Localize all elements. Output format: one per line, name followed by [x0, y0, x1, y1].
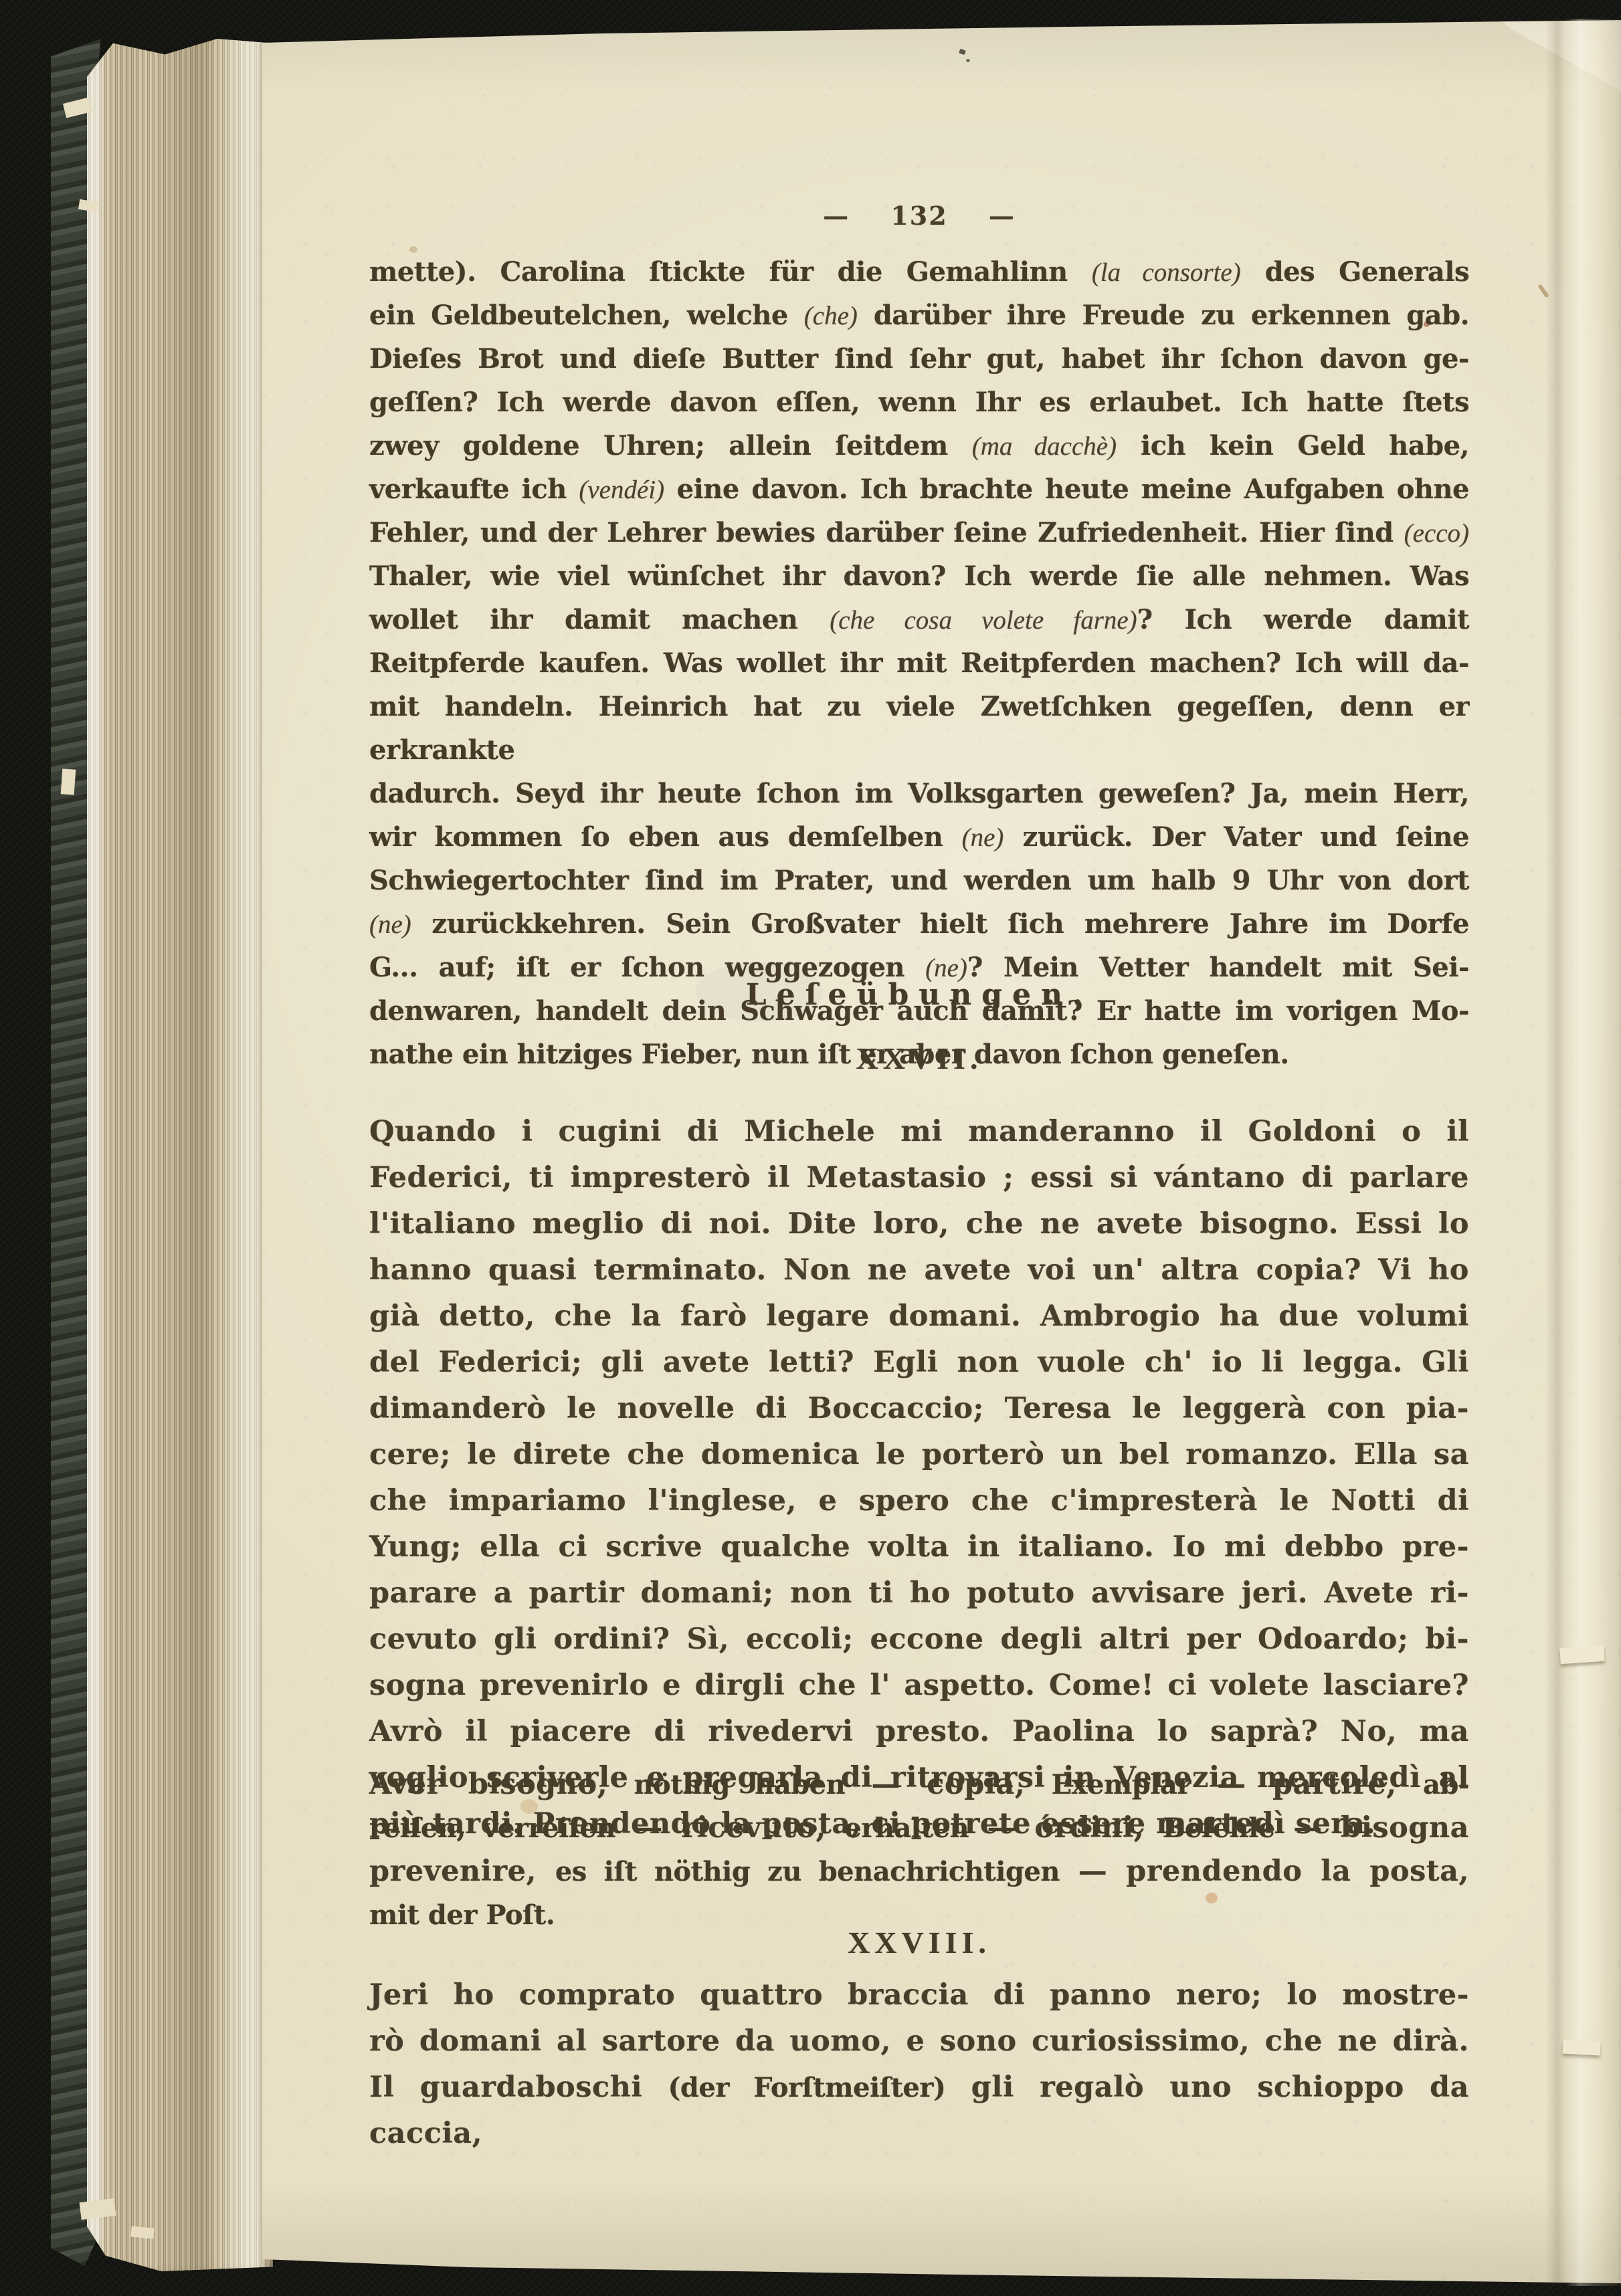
text-line: Dieſes Brot und dieſe Butter ſind ſehr g…: [369, 340, 1469, 383]
text-line: mit handeln. Heinrich hat zu viele Zwetſ…: [369, 688, 1469, 774]
text-segment: —: [615, 1811, 681, 1845]
vocabulary-notes: Aver bisogno, nöthig haben — copia, Exem…: [369, 1766, 1469, 1940]
text-segment: Thaler, wie viel wünſchet ihr davon? Ich…: [369, 560, 1469, 592]
text-segment: bisogna: [1341, 1811, 1469, 1845]
text-line: già detto, che la farò legare domani. Am…: [369, 1296, 1469, 1342]
text-segment: dadurch. Seyd ihr heute ſchon im Volksga…: [369, 778, 1469, 809]
text-segment: Il guardaboschi: [369, 2071, 668, 2104]
text-segment: —: [845, 1768, 927, 1801]
text-segment: Exemplar: [1052, 1769, 1191, 1800]
text-segment: Yung; ella ci scrive qualche volta in it…: [369, 1530, 1469, 1564]
text-segment: —: [1275, 1811, 1341, 1845]
text-segment: —: [969, 1811, 1034, 1845]
text-segment: sogna prevenirlo e dirgli che l' aspetto…: [369, 1669, 1469, 1702]
text-line: Jeri ho comprato quattro braccia di pann…: [369, 1975, 1469, 2021]
text-segment: già detto, che la farò legare domani. Am…: [369, 1299, 1469, 1333]
italian-exercise-xxviii: Jeri ho comprato quattro braccia di pann…: [369, 1975, 1469, 2160]
text-line: sogna prevenirlo e dirgli che l' aspetto…: [369, 1665, 1469, 1711]
text-segment: del Federici; gli avete letti? Egli non …: [369, 1346, 1469, 1379]
text-line: cevuto gli ordini? Sì, eccoli; eccone de…: [369, 1619, 1469, 1665]
text-segment: órdini,: [1034, 1811, 1162, 1845]
text-segment: prevenire,: [369, 1855, 555, 1888]
heading-section-xxviii: XXVIII.: [369, 1925, 1469, 1960]
text-segment: cevuto gli ordini? Sì, eccoli; eccone de…: [369, 1623, 1469, 1656]
text-line: Fehler, und der Lehrer bewies darüber ſe…: [369, 514, 1469, 557]
text-segment: Federici, ti impresterò il Metastasio ; …: [369, 1161, 1469, 1194]
text-segment: Quando i cugini di Michele mi manderanno…: [369, 1115, 1469, 1148]
text-line: Aver bisogno, nöthig haben — copia, Exem…: [369, 1766, 1469, 1809]
text-segment: Jeri ho comprato quattro braccia di pann…: [369, 1978, 1469, 2012]
page-crease: [1545, 19, 1621, 2286]
text-segment: partire,: [1272, 1768, 1423, 1801]
text-line: cere; le direte che domenica le porterò …: [369, 1435, 1469, 1481]
text-segment: verkaufte ich: [369, 474, 579, 505]
page-edge-notch: [1559, 1645, 1605, 1665]
text-line: prevenire, es iſt nöthig zu benachrichti…: [369, 1853, 1469, 1896]
text-segment: Dieſes Brot und dieſe Butter ſind ſehr g…: [369, 343, 1469, 375]
page-number: — 132 —: [369, 201, 1469, 231]
text-line: dimanderò le novelle di Boccaccio; Teres…: [369, 1388, 1469, 1435]
text-segment: wollet ihr damit machen: [369, 604, 830, 635]
heading-section-xxvii: XXVII.: [369, 1041, 1469, 1076]
text-line: Federici, ti impresterò il Metastasio ; …: [369, 1158, 1469, 1204]
text-segment: (che): [804, 302, 858, 330]
text-segment: erhalten: [844, 1812, 969, 1844]
text-segment: (che cosa volete farne): [830, 606, 1137, 635]
text-segment: des Generals: [1241, 256, 1469, 288]
text-segment: (la consorte): [1092, 258, 1241, 287]
text-segment: cere; le direte che domenica le porterò …: [369, 1438, 1469, 1471]
text-segment: l'italiano meglio di noi. Dite loro, che…: [369, 1207, 1469, 1241]
text-segment: mit handeln. Heinrich hat zu viele Zwetſ…: [369, 691, 1469, 766]
heading-reading-exercises: Leſeübungen.: [369, 978, 1469, 1012]
text-segment: hanno quasi terminato. Non ne avete voi …: [369, 1253, 1469, 1287]
text-segment: eine davon. Ich brachte heute meine Aufg…: [664, 474, 1469, 505]
text-segment: rò domani al sartore da uomo, e sono cur…: [369, 2024, 1469, 2058]
text-segment: nöthig haben: [634, 1769, 845, 1800]
text-segment: dimanderò le novelle di Boccaccio; Teres…: [369, 1392, 1469, 1425]
text-segment: Reitpferde kaufen. Was wollet ihr mit Re…: [369, 647, 1469, 679]
text-segment: (ne): [962, 823, 1004, 852]
text-segment: (ne): [369, 910, 411, 939]
text-segment: es iſt nöthig zu benachrichtigen: [555, 1856, 1060, 1887]
italian-exercise-xxvii: Quando i cugini di Michele mi manderanno…: [369, 1112, 1469, 1850]
text-line: reiſen, verreiſen — ricevuto, erhalten —…: [369, 1809, 1469, 1853]
page-edge-notch: [1563, 2041, 1601, 2056]
text-line: rò domani al sartore da uomo, e sono cur…: [369, 2021, 1469, 2067]
paper-chip: [130, 2226, 154, 2239]
text-segment: prendendo la posta,: [1126, 1855, 1469, 1888]
text-segment: (ma dacchè): [972, 432, 1117, 461]
text-segment: copia,: [927, 1768, 1051, 1801]
text-segment: geſſen? Ich werde davon eſſen, wenn Ihr …: [369, 387, 1469, 418]
text-segment: mette). Carolina ſtickte für die Gemahli…: [369, 256, 1092, 288]
text-line: parare a partir domani; non ti ho potuto…: [369, 1573, 1469, 1619]
text-line: Reitpferde kaufen. Was wollet ihr mit Re…: [369, 644, 1469, 688]
text-line: ein Geldbeutelchen, welche (che) darüber…: [369, 296, 1469, 340]
text-line: mette). Carolina ſtickte für die Gemahli…: [369, 253, 1469, 296]
text-segment: zwey goldene Uhren; allein ſeitdem: [369, 430, 972, 461]
text-line: Schwiegertochter ſind im Prater, und wer…: [369, 861, 1469, 905]
text-line: wollet ihr damit machen (che cosa volete…: [369, 601, 1469, 644]
text-segment: Avrò il piacere di rivedervi presto. Pao…: [369, 1715, 1469, 1748]
text-line: verkaufte ich (vendéi) eine davon. Ich b…: [369, 470, 1469, 514]
text-segment: parare a partir domani; non ti ho potuto…: [369, 1576, 1469, 1610]
text-line: l'italiano meglio di noi. Dite loro, che…: [369, 1204, 1469, 1250]
text-segment: ich kein Geld habe,: [1117, 430, 1469, 461]
text-segment: che impariamo l'inglese, e spero che c'i…: [369, 1484, 1469, 1518]
text-segment: Fehler, und der Lehrer bewies darüber ſe…: [369, 517, 1404, 548]
text-segment: —: [1191, 1768, 1272, 1801]
text-line: zwey goldene Uhren; allein ſeitdem (ma d…: [369, 427, 1469, 470]
german-exercise-paragraph: mette). Carolina ſtickte für die Gemahli…: [369, 253, 1469, 1079]
paper-chip: [61, 768, 76, 795]
text-line: Yung; ella ci scrive qualche volta in it…: [369, 1527, 1469, 1573]
text-segment: ein Geldbeutelchen, welche: [369, 300, 804, 331]
text-segment: darüber ihre Freude zu erkennen gab.: [858, 300, 1469, 331]
text-segment: —: [1060, 1855, 1126, 1888]
text-line: che impariamo l'inglese, e spero che c'i…: [369, 1481, 1469, 1527]
text-segment: ab-: [1423, 1769, 1469, 1800]
text-line: Il guardaboschi (der Forſtmeiſter) gli r…: [369, 2067, 1469, 2160]
text-line: geſſen? Ich werde davon eſſen, wenn Ihr …: [369, 383, 1469, 427]
text-segment: (der Forſtmeiſter): [668, 2072, 945, 2103]
page-edges-fan: [87, 32, 273, 2271]
text-line: Quando i cugini di Michele mi manderanno…: [369, 1112, 1469, 1158]
text-segment: ? Ich werde damit: [1137, 604, 1469, 635]
text-segment: Befehle: [1163, 1812, 1275, 1844]
text-line: del Federici; gli avete letti? Egli non …: [369, 1342, 1469, 1388]
text-segment: ricevuto,: [681, 1811, 844, 1845]
text-segment: Schwiegertochter ſind im Prater, und wer…: [369, 865, 1469, 896]
text-line: hanno quasi terminato. Non ne avete voi …: [369, 1250, 1469, 1296]
text-segment: zurückkehren. Sein Großvater hielt ſich …: [411, 908, 1469, 940]
text-line: Avrò il piacere di rivedervi presto. Pao…: [369, 1711, 1469, 1758]
text-segment: Aver bisogno,: [369, 1768, 634, 1801]
text-line: dadurch. Seyd ihr heute ſchon im Volksga…: [369, 774, 1469, 818]
text-segment: zurück. Der Vater und ſeine: [1004, 821, 1469, 853]
text-segment: (vendéi): [579, 476, 664, 504]
text-segment: wir kommen ſo eben aus demſelben: [369, 821, 962, 853]
text-segment: reiſen, verreiſen: [369, 1812, 615, 1844]
text-line: (ne) zurückkehren. Sein Großvater hielt …: [369, 905, 1469, 948]
text-line: Thaler, wie viel wünſchet ihr davon? Ich…: [369, 557, 1469, 601]
text-column: — 132 — mette). Carolina ſtickte für die…: [369, 0, 1469, 2296]
text-line: wir kommen ſo eben aus demſelben (ne) zu…: [369, 818, 1469, 861]
book-scan: — 132 — mette). Carolina ſtickte für die…: [0, 0, 1621, 2296]
text-segment: (ecco): [1404, 519, 1469, 548]
